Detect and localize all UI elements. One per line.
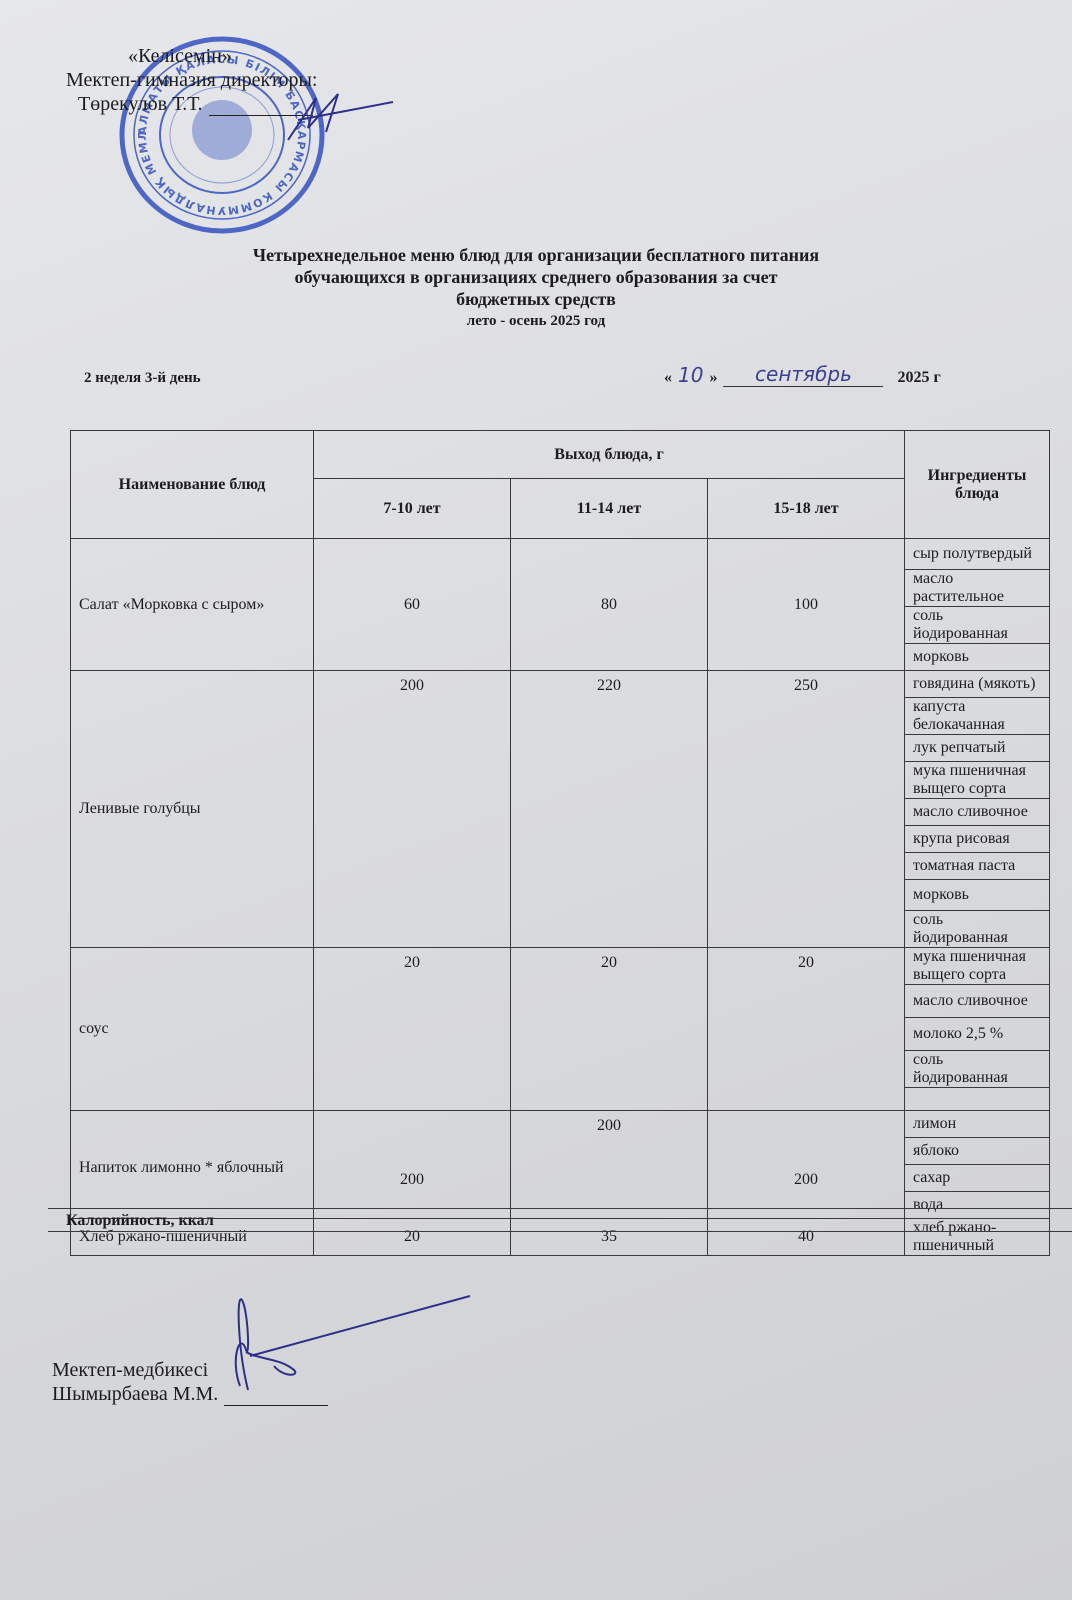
dish-name: Салат «Морковка с сыром» xyxy=(71,539,314,671)
ingredient: масло сливочное xyxy=(905,985,1050,1018)
ingredient: яблоко xyxy=(905,1138,1050,1165)
ingredient: морковь xyxy=(905,880,1050,911)
yield-7-10: 20 xyxy=(314,948,511,1111)
ingredient-empty xyxy=(905,1088,1050,1111)
ingredient: лимон xyxy=(905,1111,1050,1138)
ingredient: масло сливочное xyxy=(905,799,1050,826)
yield-11-14: 20 xyxy=(511,948,708,1111)
ingredient: томатная паста xyxy=(905,853,1050,880)
ingredient: сыр полутвердый xyxy=(905,539,1050,570)
yield-15-18: 250 xyxy=(708,671,905,948)
ingredient: крупа рисовая xyxy=(905,826,1050,853)
table-row: Ленивые голубцы 200 220 250 говядина (мя… xyxy=(71,671,1050,698)
table-row: соус 20 20 20 мука пшеничная выщего сорт… xyxy=(71,948,1050,985)
title-line-3: бюджетных средств xyxy=(0,288,1072,310)
calories-row: Калорийность, ккал xyxy=(48,1208,1072,1232)
yield-15-18: 100 xyxy=(708,539,905,671)
ingredient: масло растительное xyxy=(905,570,1050,607)
ingredient: морковь xyxy=(905,644,1050,671)
yield-7-10: 200 xyxy=(314,1111,511,1219)
yield-15-18: 20 xyxy=(708,948,905,1111)
dish-name: Ленивые голубцы xyxy=(71,671,314,948)
signature-line xyxy=(224,1387,328,1406)
ingredient: соль йодированная xyxy=(905,607,1050,644)
dish-name: Напиток лимонно * яблочный xyxy=(71,1111,314,1219)
header-age-7-10: 7-10 лет xyxy=(314,479,511,539)
table-row: Напиток лимонно * яблочный 200 200 200 л… xyxy=(71,1111,1050,1138)
date-field: « 10 » сентябрь 2025 г xyxy=(664,362,941,387)
ingredient: молоко 2,5 % xyxy=(905,1018,1050,1051)
director-name: Төрекулов Т.Т. xyxy=(78,93,203,115)
ingredient: говядина (мякоть) xyxy=(905,671,1050,698)
header-ingredients: Ингредиенты блюда xyxy=(905,431,1050,539)
nurse-position: Мектеп-медбикесі xyxy=(52,1358,328,1382)
title-line-1: Четырехнедельное меню блюд для организац… xyxy=(0,244,1072,266)
director-signature xyxy=(268,80,398,150)
yield-15-18: 200 xyxy=(708,1111,905,1219)
yield-7-10: 200 xyxy=(314,671,511,948)
header-age-15-18: 15-18 лет xyxy=(708,479,905,539)
dish-name: соус xyxy=(71,948,314,1111)
header-age-11-14: 11-14 лет xyxy=(511,479,708,539)
title-season: лето - осень 2025 год xyxy=(0,310,1072,332)
ingredient: сахар xyxy=(905,1165,1050,1192)
yield-11-14: 80 xyxy=(511,539,708,671)
title-line-2: обучающихся в организациях среднего обра… xyxy=(0,266,1072,288)
nurse-name: Шымырбаева М.М. xyxy=(52,1383,218,1405)
nurse-block: Мектеп-медбикесі Шымырбаева М.М. xyxy=(52,1358,328,1406)
week-day-label: 2 неделя 3-й день xyxy=(84,370,201,387)
date-quote-close: » xyxy=(709,369,717,387)
date-day: 10 xyxy=(678,363,703,387)
ingredient: соль йодированная xyxy=(905,1051,1050,1088)
yield-11-14: 200 xyxy=(511,1111,708,1219)
menu-table: Наименование блюд Выход блюда, г Ингреди… xyxy=(70,430,1050,1256)
document-title: Четырехнедельное меню блюд для организац… xyxy=(0,244,1072,332)
table-row: Салат «Морковка с сыром» 60 80 100 сыр п… xyxy=(71,539,1050,570)
date-year: 2025 г xyxy=(897,369,940,387)
yield-7-10: 60 xyxy=(314,539,511,671)
ingredient: мука пшеничная выщего сорта xyxy=(905,948,1050,985)
date-month: сентябрь xyxy=(723,362,883,387)
ingredient: мука пшеничная выщего сорта xyxy=(905,762,1050,799)
header-dish: Наименование блюд xyxy=(71,431,314,539)
ingredient: соль йодированная xyxy=(905,911,1050,948)
ingredient: капуста белокачанная xyxy=(905,698,1050,735)
date-quote-open: « xyxy=(664,369,672,387)
header-yield: Выход блюда, г xyxy=(314,431,905,479)
approval-heading: «Келісемін» xyxy=(66,44,317,68)
yield-11-14: 220 xyxy=(511,671,708,948)
ingredient: лук репчатый xyxy=(905,735,1050,762)
